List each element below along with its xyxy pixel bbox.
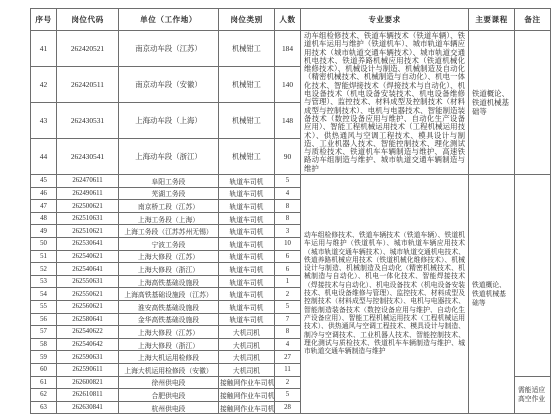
table-row: 45262470611阜阳工务段轨道车司机5动车组检修技术、铁道车辆技术（铁道车… (31, 175, 551, 188)
unit-location-cell: 上海工务段（上海） (119, 212, 219, 225)
job-category-cell: 接触网作业车司机 (219, 389, 275, 392)
unit-location-cell: 南京桥工段（江苏） (119, 200, 219, 213)
job-code-cell: 262540641 (57, 263, 119, 276)
job-category-cell: 大机司机 (219, 363, 275, 376)
header-main-courses: 主要课程 (469, 9, 515, 31)
unit-location-cell: 南京动车段（江苏） (119, 31, 219, 67)
job-code-cell: 262540642 (57, 338, 119, 351)
job-code-cell: 262540622 (57, 326, 119, 339)
job-code-cell: 262600821 (57, 376, 119, 389)
unit-location-cell: 合肥供电段 (119, 389, 219, 392)
job-category-cell: 轨道车司机 (219, 275, 275, 288)
unit-location-cell: 上海动车段（浙江） (119, 139, 219, 175)
serial-number-cell: 54 (31, 288, 57, 301)
job-code-cell: 262490611 (57, 187, 119, 200)
headcount-cell: 2 (275, 288, 301, 301)
header-serial-number: 序号 (31, 9, 57, 31)
serial-number-cell: 44 (31, 139, 57, 175)
main-courses-cell: 铁道概论、铁道机械基础等 (469, 175, 515, 392)
job-category-cell: 轨道车司机 (219, 263, 275, 276)
job-category-cell: 轨道车司机 (219, 238, 275, 251)
job-code-cell: 262580641 (57, 313, 119, 326)
header-row: 序号 岗位代码 单位（工作地） 岗位类别 人数 专业要求 主要课程 备注 (31, 9, 551, 31)
job-code-cell: 262430541 (57, 139, 119, 175)
job-category-cell: 机械钳工 (219, 31, 275, 67)
headcount-cell: 8 (275, 200, 301, 213)
job-category-cell: 轨道车司机 (219, 288, 275, 301)
unit-location-cell: 上海高铁基础设施段（江苏） (119, 288, 219, 301)
serial-number-cell: 60 (31, 363, 57, 376)
unit-location-cell: 上海大修段（江苏） (119, 326, 219, 339)
serial-number-cell: 50 (31, 238, 57, 251)
job-code-cell: 262590611 (57, 363, 119, 376)
serial-number-cell: 48 (31, 212, 57, 225)
requirements-cell: 动车组检修技术、铁道车辆技术（铁道车辆）、铁道机车运用与维护（铁道机车）、城市轨… (301, 175, 469, 392)
job-category-cell: 轨道车司机 (219, 300, 275, 313)
serial-number-cell: 45 (31, 175, 57, 188)
serial-number-cell: 41 (31, 31, 57, 67)
job-category-cell: 轨道车司机 (219, 187, 275, 200)
job-code-cell: 262420511 (57, 67, 119, 103)
headcount-cell: 8 (275, 326, 301, 339)
headcount-cell: 3 (275, 225, 301, 238)
serial-number-cell: 46 (31, 187, 57, 200)
serial-number-cell: 53 (31, 275, 57, 288)
job-code-cell: 262560621 (57, 300, 119, 313)
headcount-cell: 5 (275, 389, 301, 392)
serial-number-cell: 62 (31, 389, 57, 392)
headcount-cell: 2 (275, 376, 301, 389)
unit-location-cell: 徐州供电段 (119, 376, 219, 389)
headcount-cell: 184 (275, 31, 301, 67)
unit-location-cell: 阜阳工务段 (119, 175, 219, 188)
headcount-cell: 4 (275, 187, 301, 200)
unit-location-cell: 上海动车段（上海） (119, 103, 219, 139)
unit-location-cell: 上海工务段（江苏苏州无锡） (119, 225, 219, 238)
job-code-cell: 262590631 (57, 351, 119, 364)
unit-location-cell: 上海大修段（浙江） (119, 338, 219, 351)
serial-number-cell: 55 (31, 300, 57, 313)
job-category-cell: 轨道车司机 (219, 250, 275, 263)
job-code-cell: 262530641 (57, 238, 119, 251)
serial-number-cell: 52 (31, 263, 57, 276)
headcount-cell: 11 (275, 363, 301, 376)
serial-number-cell: 42 (31, 67, 57, 103)
job-category-cell: 大机司机 (219, 338, 275, 351)
headcount-cell: 148 (275, 103, 301, 139)
headcount-cell: 7 (275, 313, 301, 326)
headcount-cell: 5 (275, 300, 301, 313)
job-code-cell: 262470611 (57, 175, 119, 188)
job-category-cell: 轨道车司机 (219, 313, 275, 326)
unit-location-cell: 金华高铁基础设施段 (119, 313, 219, 326)
job-code-cell: 262430531 (57, 103, 119, 139)
remarks-cell (515, 175, 551, 377)
unit-location-cell: 南京动车段（安徽） (119, 67, 219, 103)
unit-location-cell: 上海高铁基础设施段 (119, 275, 219, 288)
job-code-cell: 262510631 (57, 212, 119, 225)
headcount-cell: 5 (275, 175, 301, 188)
header-unit-location: 单位（工作地） (119, 9, 219, 31)
headcount-cell: 6 (275, 250, 301, 263)
job-code-cell: 262540621 (57, 250, 119, 263)
job-category-cell: 接触网作业车司机 (219, 376, 275, 389)
remarks-cell (515, 31, 551, 175)
job-code-cell: 262510621 (57, 225, 119, 238)
header-major-requirements: 专业要求 (301, 9, 469, 31)
job-category-cell: 机械钳工 (219, 139, 275, 175)
job-code-cell: 262610811 (57, 389, 119, 392)
headcount-cell: 6 (275, 263, 301, 276)
job-category-cell: 轨道车司机 (219, 200, 275, 213)
remarks-cell: 需能适应高空作业 (515, 376, 551, 392)
header-job-code: 岗位代码 (57, 9, 119, 31)
serial-number-cell: 47 (31, 200, 57, 213)
serial-number-cell: 56 (31, 313, 57, 326)
serial-number-cell: 49 (31, 225, 57, 238)
headcount-cell: 8 (275, 212, 301, 225)
unit-location-cell: 宁波工务段 (119, 238, 219, 251)
main-courses-cell: 铁道概论、铁道机械基础等 (469, 31, 515, 175)
unit-location-cell: 上海大机运用检修段 (119, 351, 219, 364)
job-category-cell: 大机司机 (219, 351, 275, 364)
serial-number-cell: 61 (31, 376, 57, 389)
headcount-cell: 140 (275, 67, 301, 103)
job-code-cell: 262500621 (57, 200, 119, 213)
unit-location-cell: 上海大修段（江苏） (119, 250, 219, 263)
job-category-cell: 轨道车司机 (219, 212, 275, 225)
header-headcount: 人数 (275, 9, 301, 31)
header-job-category: 岗位类别 (219, 9, 275, 31)
unit-location-cell: 芜湖工务段 (119, 187, 219, 200)
job-code-cell: 262550631 (57, 275, 119, 288)
job-category-cell: 机械钳工 (219, 67, 275, 103)
job-code-cell: 262420521 (57, 31, 119, 67)
job-category-cell: 大机司机 (219, 326, 275, 339)
serial-number-cell: 51 (31, 250, 57, 263)
job-code-cell: 262550621 (57, 288, 119, 301)
table-row: 41262420521南京动车段（江苏）机械钳工184动车组检修技术、铁道车辆技… (31, 31, 551, 67)
unit-location-cell: 上海大机运用检修段（安徽） (119, 363, 219, 376)
serial-number-cell: 57 (31, 326, 57, 339)
unit-location-cell: 淮安高铁基础设施段 (119, 300, 219, 313)
serial-number-cell: 43 (31, 103, 57, 139)
job-positions-table: 序号 岗位代码 单位（工作地） 岗位类别 人数 专业要求 主要课程 备注 412… (30, 8, 551, 392)
job-category-cell: 轨道车司机 (219, 225, 275, 238)
headcount-cell: 10 (275, 238, 301, 251)
job-positions-sheet: 序号 岗位代码 单位（工作地） 岗位类别 人数 专业要求 主要课程 备注 412… (30, 8, 551, 392)
headcount-cell: 90 (275, 139, 301, 175)
unit-location-cell: 上海大修段（浙江） (119, 263, 219, 276)
requirements-cell: 动车组检修技术、铁道车辆技术（铁道车辆）、铁道机车运用与维护（铁道机车）、城市轨… (301, 31, 469, 175)
serial-number-cell: 59 (31, 351, 57, 364)
serial-number-cell: 58 (31, 338, 57, 351)
job-category-cell: 轨道车司机 (219, 175, 275, 188)
job-category-cell: 机械钳工 (219, 103, 275, 139)
headcount-cell: 4 (275, 338, 301, 351)
headcount-cell: 1 (275, 275, 301, 288)
headcount-cell: 27 (275, 351, 301, 364)
header-remarks: 备注 (515, 9, 551, 31)
